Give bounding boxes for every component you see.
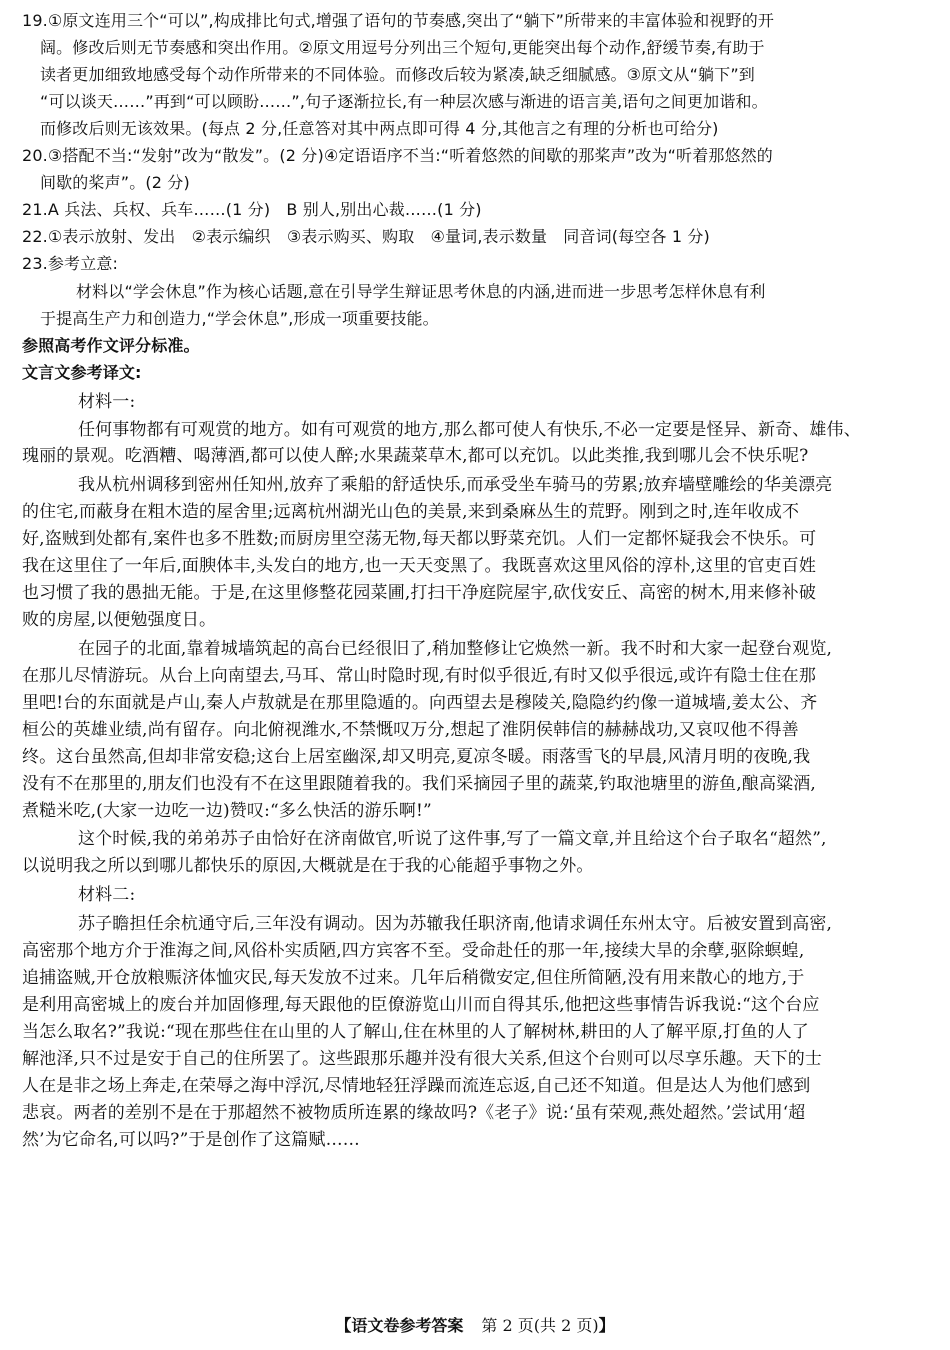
material1-line: 以说明我之所以到哪儿都快乐的原因,大概就是在于我的心能超乎事物之外。	[22, 853, 950, 879]
q20-line-2: 间歇的桨声”。(2 分)	[40, 170, 950, 196]
q19-line-1: 19.①原文连用三个“可以”,构成排比句式,增强了语句的节奏感,突出了“躺下”所…	[22, 8, 950, 34]
page-footer: 【语文卷参考答案第 2 页(共 2 页)】	[0, 1314, 950, 1338]
material1-line: 的住宅,而蔽身在粗木造的屋舍里;远离杭州湖光山色的美景,来到桑麻丛生的荒野。刚到…	[22, 499, 950, 525]
material1-line: 败的房屋,以便勉强度日。	[22, 607, 950, 633]
material1-line: 我从杭州调移到密州任知州,放弃了乘船的舒适快乐,而承受坐车骑马的劳累;放弃墙壁雕…	[78, 472, 950, 498]
answer-sheet-page: 19.①原文连用三个“可以”,构成排比句式,增强了语句的节奏感,突出了“躺下”所…	[0, 0, 950, 1350]
q19-line-2: 阔。修改后则无节奏感和突出作用。②原文用逗号分列出三个短句,更能突出每个动作,舒…	[40, 35, 950, 61]
material1-line: 我在这里住了一年后,面腴体丰,头发白的地方,也一天天变黑了。我既喜欢这里风俗的淳…	[22, 553, 950, 579]
material1-line: 桓公的英雄业绩,尚有留存。向北俯视潍水,不禁慨叹万分,想起了淮阴侯韩信的赫赫战功…	[22, 717, 950, 743]
q22-answer: 22.①表示放射、发出 ②表示编织 ③表示购买、购取 ④量词,表示数量 同音词(…	[22, 224, 950, 250]
material2-line: 然’为它命名,可以吗?”于是创作了这篇赋……	[22, 1127, 950, 1153]
material2-line: 人在是非之场上奔走,在荣辱之海中浮沉,尽情地轻狂浮躁而流连忘返,自己还不知道。但…	[22, 1073, 950, 1099]
material1-line: 煮糙米吃,(大家一边吃一边)赞叹:“多么快活的游乐啊!”	[22, 798, 950, 824]
q21-answer: 21.A 兵法、兵权、兵车……(1 分) B 别人,别出心裁……(1 分)	[22, 197, 950, 223]
material1-line: 瑰丽的景观。吃酒糟、喝薄酒,都可以使人醉;水果蔬菜草木,都可以充饥。以此类推,我…	[22, 443, 950, 469]
material1-line: 任何事物都有可观赏的地方。如有可观赏的地方,那么都可使人有快乐,不必一定要是怪异…	[78, 417, 950, 443]
material1-label: 材料一:	[78, 389, 950, 415]
footer-page-number: 第 2 页(共 2 页)	[481, 1316, 598, 1335]
translation-heading: 文言文参考译文:	[22, 360, 950, 386]
q19-line-3: 读者更加细致地感受每个动作所带来的不同体验。而修改后较为紧凑,缺乏细腻感。③原文…	[40, 62, 950, 88]
footer-title: 【语文卷参考答案	[335, 1316, 463, 1335]
q20-line-1: 20.③搭配不当:“发射”改为“散发”。(2 分)④定语语序不当:“听着悠然的间…	[22, 143, 950, 169]
q23-line-2: 于提高生产力和创造力,“学会休息”,形成一项重要技能。	[40, 306, 950, 332]
scoring-note: 参照高考作文评分标准。	[22, 333, 950, 359]
material1-line: 好,盗贼到处都有,案件也多不胜数;而厨房里空荡无物,每天都以野菜充饥。人们一定都…	[22, 526, 950, 552]
material1-line: 终。这台虽然高,但却非常安稳;这台上居室幽深,却又明亮,夏凉冬暖。雨落雪飞的早晨…	[22, 744, 950, 770]
material2-line: 悲哀。两者的差别不是在于那超然不被物质所连累的缘故吗?《老子》说:‘虽有荣观,燕…	[22, 1100, 950, 1126]
material2-line: 是利用高密城上的废台并加固修理,每天跟他的臣僚游览山川而自得其乐,他把这些事情告…	[22, 992, 950, 1018]
material2-line: 解池泽,只不过是安于自己的住所罢了。这些跟那乐趣并没有很大关系,但这个台则可以尽…	[22, 1046, 950, 1072]
material1-line: 在园子的北面,靠着城墙筑起的高台已经很旧了,稍加整修让它焕然一新。我不时和大家一…	[78, 636, 950, 662]
footer-close-bracket: 】	[599, 1316, 615, 1335]
material2-label: 材料二:	[78, 882, 950, 908]
material2-line: 高密那个地方介于淮海之间,风俗朴实质陋,四方宾客不至。受命赴任的那一年,接续大旱…	[22, 938, 950, 964]
material2-line: 当怎么取名?”我说:“现在那些住在山里的人了解山,住在林里的人了解树林,耕田的人…	[22, 1019, 950, 1045]
material1-line: 这个时候,我的弟弟苏子由恰好在济南做官,听说了这件事,写了一篇文章,并且给这个台…	[78, 826, 950, 852]
material1-line: 在那儿尽情游玩。从台上向南望去,马耳、常山时隐时现,有时似乎很近,有时又似乎很远…	[22, 663, 950, 689]
q19-line-5: 而修改后则无该效果。(每点 2 分,任意答对其中两点即可得 4 分,其他言之有理…	[40, 116, 950, 142]
material1-line: 里吧!台的东面就是卢山,秦人卢敖就是在那里隐遁的。向西望去是穆陵关,隐隐约约像一…	[22, 690, 950, 716]
material2-line: 苏子瞻担任余杭通守后,三年没有调动。因为苏辙我任职济南,他请求调任东州太守。后被…	[78, 911, 950, 937]
material1-line: 也习惯了我的愚拙无能。于是,在这里修整花园菜圃,打扫干净庭院屋宇,砍伐安丘、高密…	[22, 580, 950, 606]
q19-line-4: “可以谈天……”再到“可以顾盼……”,句子逐渐拉长,有一种层次感与渐进的语言美,…	[40, 89, 950, 115]
material2-line: 追捕盗贼,开仓放粮赈济体恤灾民,每天发放不过来。几年后稍微安定,但住所简陋,没有…	[22, 965, 950, 991]
q23-line-1: 材料以“学会休息”作为核心话题,意在引导学生辩证思考休息的内涵,进而进一步思考怎…	[76, 279, 950, 305]
q23-heading: 23.参考立意:	[22, 251, 950, 277]
material1-line: 没有不在那里的,朋友们也没有不在这里跟随着我的。我们采摘园子里的蔬菜,钓取池塘里…	[22, 771, 950, 797]
